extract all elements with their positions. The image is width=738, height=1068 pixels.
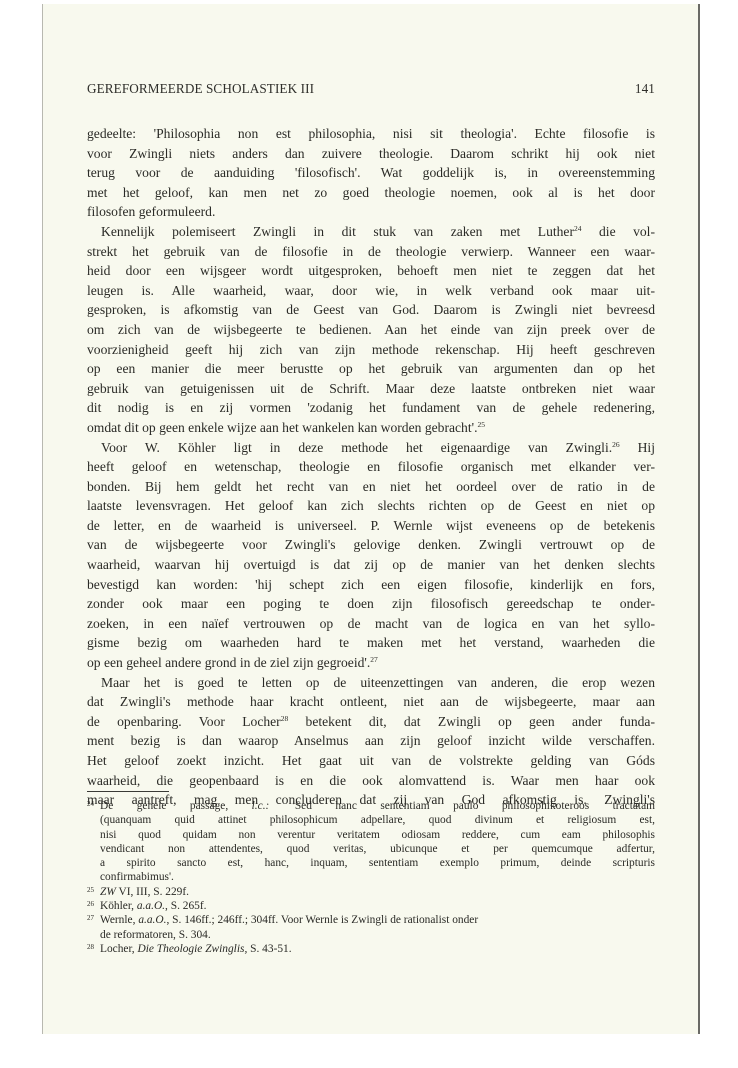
text-line: zoeken, in een naïef vertrouwen op de ma… [87,614,655,634]
footnote-number: 24 [87,799,94,809]
text-run-italic: Die Theologie Zwinglis, [138,943,248,955]
text-line: gebruik van getuigenissen uit de Schrift… [87,379,655,399]
footnote-line: de reformatoren, S. 304. [100,928,655,942]
footnote-ref[interactable]: 24 [574,224,582,233]
text-line: omdat dit op geen enkele wijze aan het w… [87,418,655,438]
paragraph-2: Kennelijk polemiseert Zwingli in dit stu… [87,222,655,438]
footnote-28: 28 Locher, Die Theologie Zwinglis, S. 43… [87,942,655,956]
footnote-number: 27 [87,913,94,923]
text-line: gedeelte: 'Philosophia non est philosoph… [87,124,655,144]
text-line: de letter, en de waarheid is universeel.… [87,516,655,536]
text-line: bevestigd kan worden: 'hij schept zich e… [87,575,655,595]
text-run: 'Sed hanc sententiam paulo philosophikot… [269,800,655,812]
text-run: S. 43-51. [247,943,291,955]
footnote-line: a spirito sancto est, hanc, inquam, sent… [100,856,655,870]
text-line: Het geloof zoekt inzicht. Het gaat uit v… [87,751,655,771]
paragraph-4: Maar het is goed te letten op de uiteenz… [87,673,655,810]
text-run-italic: l.c.: [252,800,270,812]
page-number: 141 [635,81,655,97]
text-run: omdat dit op geen enkele wijze aan het w… [87,420,477,435]
text-line: om zich van de wijsbegeerte te bedienen.… [87,320,655,340]
text-line: waarheid, waarvan hij overtuigd is dat z… [87,555,655,575]
text-run: Locher, [100,943,138,955]
text-line: op een manier die meer berustte op het g… [87,359,655,379]
footnote-number: 28 [87,942,94,952]
text-line: Kennelijk polemiseert Zwingli in dit stu… [87,222,655,242]
text-run: Wernle, [100,914,138,926]
text-run: , S. 146ff.; 246ff.; 304ff. Voor Wernle … [166,914,478,926]
text-run: Kennelijk polemiseert Zwingli in dit stu… [101,224,574,239]
paragraph-1: gedeelte: 'Philosophia non est philosoph… [87,124,655,222]
text-line: strekt het gebruik van de filosofie in d… [87,242,655,262]
text-line: van de wijsbegeerte voor Zwingli's gelov… [87,535,655,555]
footnote-25: 25 ZW VI, III, S. 229f. [87,885,655,899]
footnote-line: nisi quod quidam non verentur veritatem … [100,828,655,842]
book-page: GEREFORMEERDE SCHOLASTIEK III 141 gedeel… [42,4,700,1034]
footnote-line: Locher, Die Theologie Zwinglis, S. 43-51… [100,942,655,956]
text-run: , S. 265f. [165,900,206,912]
footnote-ref[interactable]: 27 [370,655,378,664]
text-run: VI, III, S. 229f. [116,886,189,898]
footnote-number: 25 [87,885,94,895]
text-line: Voor W. Köhler ligt in deze methode het … [87,438,655,458]
text-line: waarheid, die geopenbaard is en die ook … [87,771,655,791]
text-line: filosofen geformuleerd. [87,202,655,222]
text-line: dat Zwingli's methode haar kracht ontlee… [87,692,655,712]
text-line: dit nodig is en zij vormen 'zodanig het … [87,398,655,418]
footnote-26: 26 Köhler, a.a.O., S. 265f. [87,899,655,913]
text-line: voorzienigheid geeft hij zich van zijn m… [87,340,655,360]
text-line: heid door een wijsgeer wordt uitgesproke… [87,261,655,281]
text-line: leugen is. Alle waarheid, waar, door wie… [87,281,655,301]
footnote-line: ZW VI, III, S. 229f. [100,885,655,899]
text-line: gisme bezig om waarheden hard te maken m… [87,633,655,653]
paragraph-3: Voor W. Köhler ligt in deze methode het … [87,438,655,673]
text-line: bonden. Bij hem geldt het recht van en n… [87,477,655,497]
text-line: terug voor de aanduiding 'filosofisch'. … [87,163,655,183]
text-run-italic: a.a.O. [137,900,165,912]
text-line: ment bezig is dan waarop Anselmus aan zi… [87,731,655,751]
text-run: de openbaring. Voor Locher [87,714,281,729]
footnote-line: (quanquam quid attinet philosophicum adp… [100,813,655,827]
text-run: Köhler, [100,900,137,912]
text-line: de openbaring. Voor Locher28 betekent di… [87,712,655,732]
text-run: Hij [620,440,655,455]
footnote-ref[interactable]: 26 [612,440,620,449]
footnote-ref[interactable]: 25 [477,420,485,429]
footnote-24: 24 De gehele passage, l.c.: 'Sed hanc se… [87,799,655,885]
text-line: zonder ook maar een poging te doen zijn … [87,594,655,614]
text-run: die vol- [582,224,655,239]
text-run: Voor W. Köhler ligt in deze methode het … [101,440,612,455]
footnote-line: De gehele passage, l.c.: 'Sed hanc sente… [100,799,655,813]
footnote-line: Wernle, a.a.O., S. 146ff.; 246ff.; 304ff… [100,913,655,927]
text-line: heeft geloof en wetenschap, theologie en… [87,457,655,477]
footnote-separator [87,791,169,792]
footnote-27: 27 Wernle, a.a.O., S. 146ff.; 246ff.; 30… [87,913,655,942]
text-run: op een geheel andere grond in de ziel zi… [87,655,370,670]
text-line: met het geloof, kan men net zo goed theo… [87,183,655,203]
footnote-line: Köhler, a.a.O., S. 265f. [100,899,655,913]
text-line: laatste levensvragen. Het geloof kan zic… [87,496,655,516]
text-line: op een geheel andere grond in de ziel zi… [87,653,655,673]
footnote-line: vendicant non attendentes, quod veritas,… [100,842,655,856]
text-run: betekent dit, dat Zwingli op geen ander … [288,714,655,729]
text-run-italic: a.a.O. [138,914,166,926]
text-line: gesproken, is afkomstig van de Geest van… [87,300,655,320]
footnote-number: 26 [87,899,94,909]
text-run: De gehele passage, [100,800,252,812]
footnote-line: confirmabimus'. [100,870,655,884]
text-line: voor Zwingli niets anders dan zuivere th… [87,144,655,164]
text-line: Maar het is goed te letten op de uiteenz… [87,673,655,693]
body-text: gedeelte: 'Philosophia non est philosoph… [87,124,655,810]
footnotes: 24 De gehele passage, l.c.: 'Sed hanc se… [87,799,655,956]
text-run-italic: ZW [100,886,116,898]
running-title: GEREFORMEERDE SCHOLASTIEK III [87,81,314,97]
